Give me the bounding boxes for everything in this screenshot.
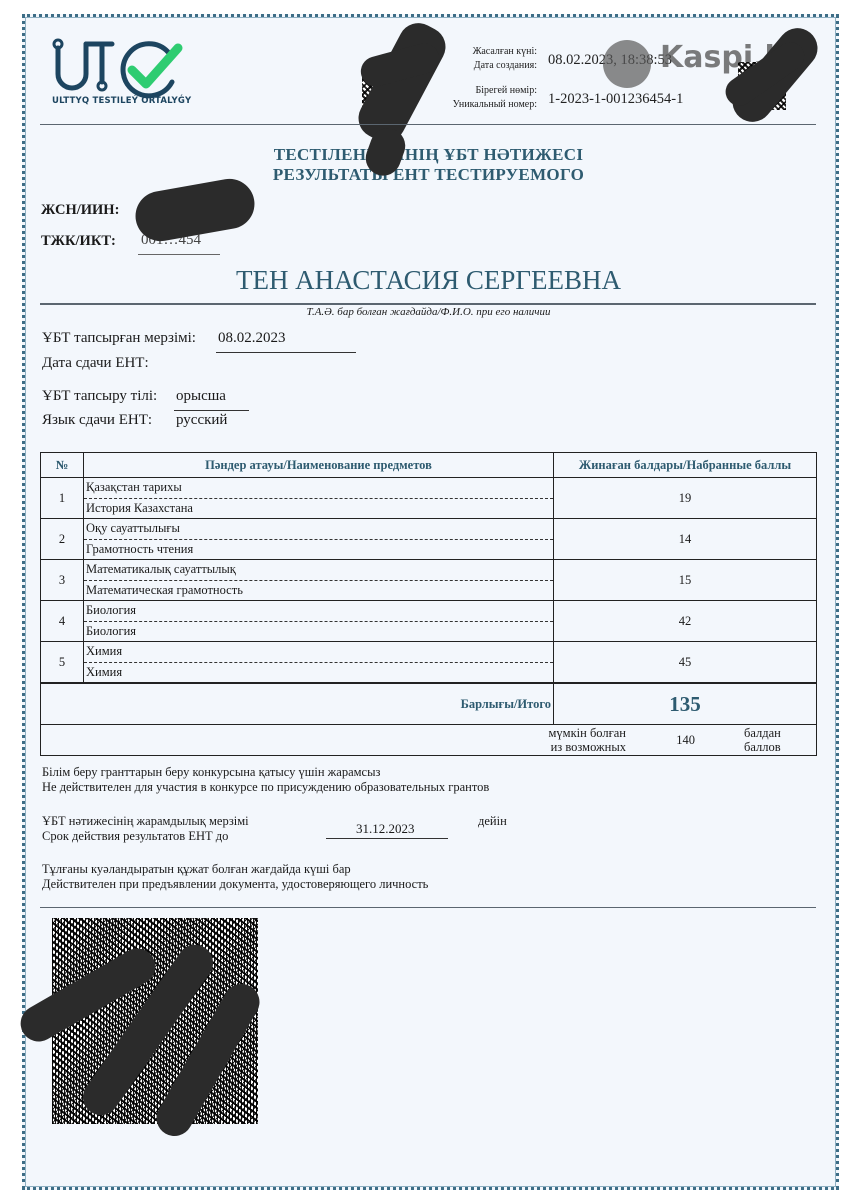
col-subject-header: Пәндер атауы/Наименование предметов [84, 453, 554, 478]
watermark-icon [603, 40, 651, 88]
validity-underline [326, 838, 448, 839]
subject-kz: Математикалық сауаттылық [84, 560, 553, 581]
possible-row: мүмкін болған из возможных 140 балдан ба… [41, 725, 817, 756]
row-number: 4 [41, 601, 84, 642]
possible-label: мүмкін болған из возможных [549, 726, 626, 754]
unique-number-value: 1-2023-1-001236454-1 [548, 91, 683, 108]
created-label: Жасалған күні: Дата создания: [447, 45, 537, 73]
exam-lang-underline [174, 410, 249, 411]
score-cell: 42 [554, 601, 817, 642]
header-divider [40, 124, 816, 125]
subject-cell: Математикалық сауаттылықМатематическая г… [84, 560, 554, 601]
name-caption: Т.А.Ә. бар болған жағдайда/Ф.И.О. при ег… [0, 306, 857, 318]
table-row: 1Қазақстан тарихыИстория Казахстана19 [41, 478, 817, 519]
subject-kz: Химия [84, 642, 553, 663]
ikt-underline [138, 254, 220, 255]
validity-value: 31.12.2023 [356, 821, 415, 836]
ikt-label: ТЖК/ИКТ: [41, 233, 116, 250]
subject-ru: Математическая грамотность [84, 581, 553, 601]
table-row: 2Оқу сауаттылығыГрамотность чтения14 [41, 519, 817, 560]
col-num-header: № [41, 453, 84, 478]
score-cell: 15 [554, 560, 817, 601]
total-row: Барлығы/Итого 135 [41, 683, 817, 725]
grant-note: Білім беру гранттарын беру конкурсына қа… [42, 765, 489, 795]
subject-cell: Қазақстан тарихыИстория Казахстана [84, 478, 554, 519]
footer-divider [40, 907, 816, 908]
subject-cell: ХимияХимия [84, 642, 554, 684]
total-label: Барлығы/Итого [41, 683, 554, 725]
table-row: 4БиологияБиология42 [41, 601, 817, 642]
validity-suffix: дейін [478, 814, 507, 829]
row-number: 1 [41, 478, 84, 519]
title-ru: РЕЗУЛЬТАТЫ ЕНТ ТЕСТИРУЕМОГО [0, 165, 857, 185]
subject-ru: Грамотность чтения [84, 540, 553, 560]
exam-lang-label-ru: Язык сдачи ЕНТ: [42, 412, 152, 429]
score-cell: 19 [554, 478, 817, 519]
row-number: 3 [41, 560, 84, 601]
subject-ru: История Казахстана [84, 499, 553, 519]
exam-date-label-kz: ҰБТ тапсырған мерзімі: [42, 330, 196, 347]
points-label: балдан баллов [744, 726, 781, 754]
table-row: 5ХимияХимия45 [41, 642, 817, 684]
exam-lang-value-kz: орысша [176, 388, 226, 405]
score-cell: 14 [554, 519, 817, 560]
iin-label: ЖСН/ИИН: [41, 202, 119, 219]
col-score-header: Жинаған балдары/Набранные баллы [554, 453, 817, 478]
subject-kz: Қазақстан тарихы [84, 478, 553, 499]
logo-text: ULTTYQ TESTILEÝ ORTALYǴY [52, 96, 191, 106]
unique-number-label: Бірегей нөмір: Уникальный номер: [447, 84, 537, 112]
row-number: 2 [41, 519, 84, 560]
name-divider [40, 303, 816, 305]
results-table: № Пәндер атауы/Наименование предметов Жи… [40, 452, 817, 756]
total-value: 135 [554, 683, 817, 725]
title-kz: ТЕСТІЛЕНУШІНІҢ ҰБТ НӘТИЖЕСІ [0, 145, 857, 165]
subject-ru: Химия [84, 663, 553, 683]
row-number: 5 [41, 642, 84, 684]
possible-value: 140 [676, 733, 695, 748]
subject-kz: Оқу сауаттылығы [84, 519, 553, 540]
score-cell: 45 [554, 642, 817, 684]
validity-label: ҰБТ нәтижесінің жарамдылық мерзімі Срок … [42, 814, 249, 844]
id-note: Тұлғаны куәландыратын құжат болған жағда… [42, 862, 428, 892]
subject-cell: Оқу сауаттылығыГрамотность чтения [84, 519, 554, 560]
exam-date-underline [216, 352, 356, 353]
exam-lang-value-ru: русский [176, 412, 227, 429]
subject-cell: БиологияБиология [84, 601, 554, 642]
exam-date-label-ru: Дата сдачи ЕНТ: [42, 355, 149, 372]
full-name: ТЕН АНАСТАСИЯ СЕРГЕЕВНА [0, 265, 857, 296]
exam-lang-label-kz: ҰБТ тапсыру тілі: [42, 388, 157, 405]
subject-kz: Биология [84, 601, 553, 622]
subject-ru: Биология [84, 622, 553, 642]
exam-date-value: 08.02.2023 [218, 330, 286, 347]
table-row: 3Математикалық сауаттылықМатематическая … [41, 560, 817, 601]
